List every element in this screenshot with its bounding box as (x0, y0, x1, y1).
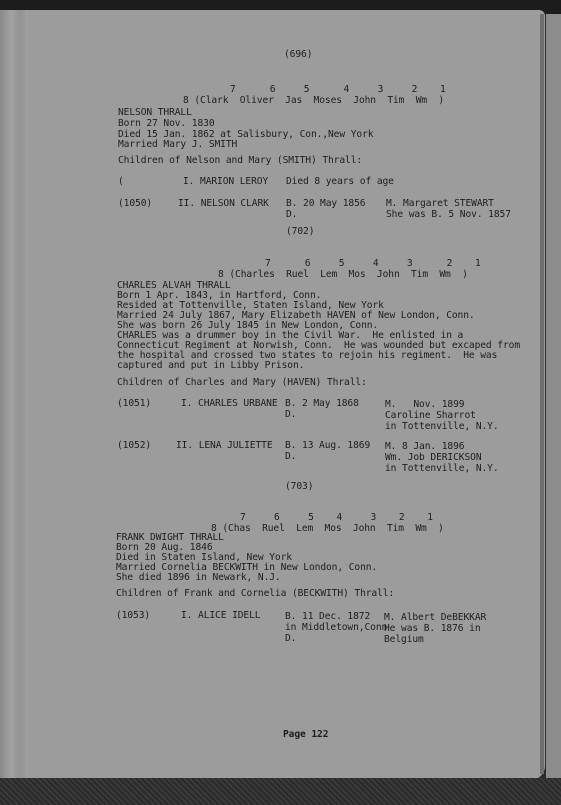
document-page (0, 10, 545, 780)
detail-line: captured and put in Libby Prison. (117, 360, 304, 371)
detail-line: Born 27 Nov. 1830 (118, 118, 215, 129)
child-name: II. NELSON CLARK (178, 198, 269, 209)
cross-ref: (703) (285, 481, 313, 492)
children-heading: Children of Frank and Cornelia (BECKWITH… (116, 588, 394, 599)
child-name: I. MARION LEROY (183, 176, 268, 187)
child-marriage: He was B. 1876 in (384, 623, 481, 634)
child-name: I. ALICE IDELL (181, 610, 260, 621)
children-heading: Children of Nelson and Mary (SMITH) Thra… (118, 155, 362, 166)
child-birth-place: in Middletown,Conn (285, 622, 387, 633)
child-marriage: Wm. Job DERICKSON (385, 452, 482, 463)
child-birth: Died 8 years of age (286, 176, 394, 187)
page-top-number: (696) (284, 49, 312, 60)
next-page-strip (546, 14, 561, 780)
lineage: 8 (Chas Ruel Lem Mos John Tim Wm ) (211, 523, 444, 534)
child-birth: B. 20 May 1856 (286, 198, 365, 209)
scan-border-bottom (0, 778, 561, 805)
child-death: D. (286, 209, 297, 220)
child-birth: B. 13 Aug. 1869 (285, 440, 370, 451)
cross-ref: (702) (286, 226, 314, 237)
detail-line: She died 1896 in Newark, N.J. (116, 572, 281, 583)
child-name: II. LENA JULIETTE (176, 440, 273, 451)
child-ref: (1051) (117, 398, 151, 409)
child-ref: ( (118, 176, 124, 187)
child-marriage: She was B. 5 Nov. 1857 (386, 209, 511, 220)
lineage: 8 (Charles Ruel Lem Mos John Tim Wm ) (218, 269, 468, 280)
child-marriage: in Tottenville, N.Y. (385, 463, 499, 474)
child-birth: B. 2 May 1868 (285, 398, 359, 409)
child-marriage: M. 8 Jan. 1896 (385, 441, 464, 452)
child-marriage: M. Albert DeBEKKAR (384, 612, 486, 623)
child-death: D. (285, 451, 296, 462)
lineage: 8 (Clark Oliver Jas Moses John Tim Wm ) (183, 95, 444, 106)
person-name: NELSON THRALL (118, 107, 192, 118)
child-marriage: M. Nov. 1899 (385, 399, 464, 410)
child-birth: B. 11 Dec. 1872 (285, 611, 370, 622)
page-stack-edge (0, 10, 28, 780)
child-marriage: in Tottenville, N.Y. (385, 421, 499, 432)
child-ref: (1053) (116, 610, 150, 621)
child-ref: (1050) (118, 198, 152, 209)
generation-numbers: 7 6 5 4 3 2 1 (265, 258, 481, 269)
child-ref: (1052) (117, 440, 151, 451)
child-death: D. (285, 409, 296, 420)
child-death: D. (285, 633, 296, 644)
children-heading: Children of Charles and Mary (HAVEN) Thr… (117, 377, 367, 388)
page-footer: Page 122 (283, 729, 328, 740)
child-marriage: M. Margaret STEWART (386, 198, 494, 209)
generation-numbers: 7 6 5 4 3 2 1 (230, 84, 446, 95)
generation-numbers: 7 6 5 4 3 2 1 (240, 512, 433, 523)
detail-line: Married Mary J. SMITH (118, 139, 237, 150)
child-marriage: Caroline Sharrot (385, 410, 476, 421)
child-name: I. CHARLES URBANE (181, 398, 278, 409)
child-marriage: Belgium (384, 634, 424, 645)
page-right-shadow (540, 14, 544, 774)
